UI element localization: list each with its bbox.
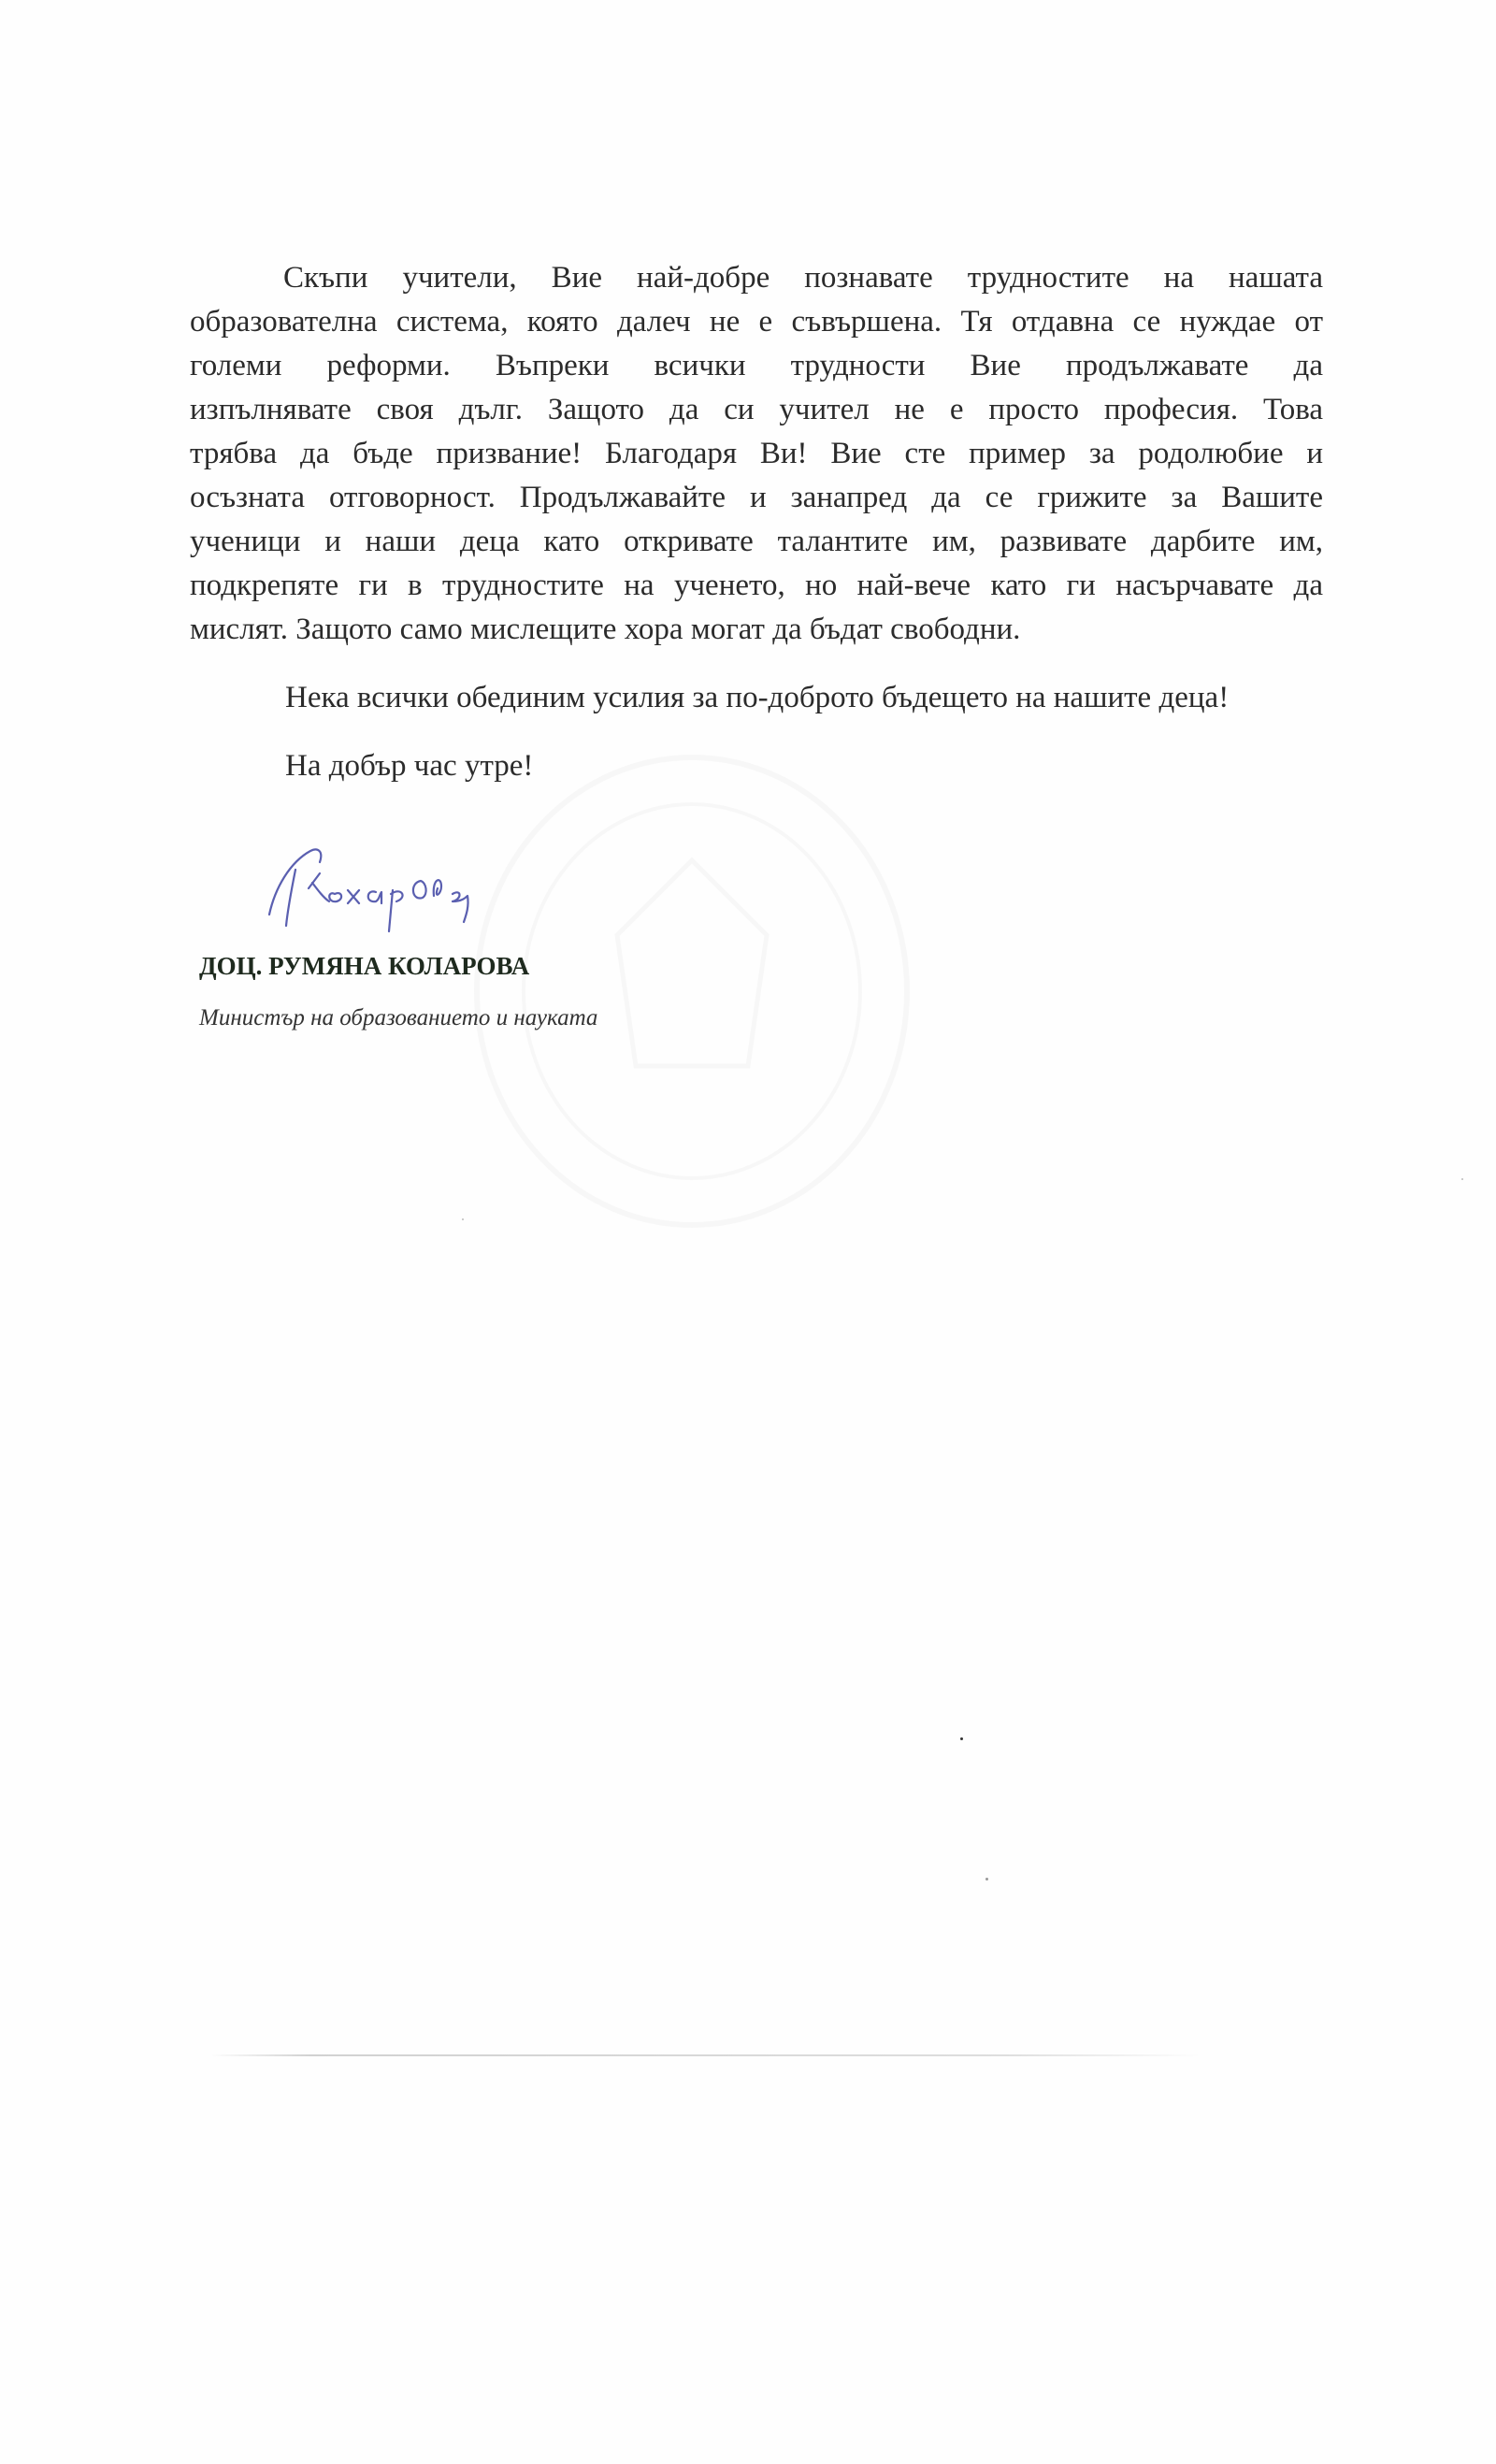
body-line: изпълнявате своя дълг. Защото да си учит… (190, 391, 1323, 435)
document-page: Скъпи учители, Вие най-добре познавате т… (0, 0, 1496, 2464)
body-line: големи реформи. Въпреки всички трудности… (190, 347, 1323, 391)
faint-stamp-bleedthrough-icon (449, 711, 935, 1253)
signatory-role: Министър на образованието и науката (199, 1005, 597, 1031)
body-line: образователна система, която далеч не е … (190, 303, 1323, 347)
body-line: мислят. Защото само мислещите хора могат… (190, 611, 1323, 655)
scan-speck (462, 1218, 464, 1220)
letter-body-paragraph: Скъпи учители, Вие най-добре познавате т… (190, 259, 1323, 655)
body-line: Скъпи учители, Вие най-добре познавате т… (190, 259, 1323, 303)
body-line: трябва да бъде призвание! Благодаря Ви! … (190, 435, 1323, 479)
scan-speck (985, 1878, 988, 1880)
body-line: подкрепяте ги в трудностите на ученето, … (190, 567, 1323, 611)
closing-wish: Нека всички обединим усилия за по-доброт… (285, 679, 1229, 716)
body-line: ученици и наши деца като откривате талан… (190, 523, 1323, 567)
scan-speck (960, 1737, 963, 1740)
scan-artifact-line (210, 2054, 1201, 2056)
body-line: осъзната отговорност. Продължавайте и за… (190, 479, 1323, 523)
handwritten-signature-icon (262, 842, 505, 935)
scan-speck (1461, 1178, 1463, 1180)
closing-greeting: На добър час утре! (285, 747, 533, 785)
signatory-name: ДОЦ. РУМЯНА КОЛАРОВА (199, 952, 529, 981)
